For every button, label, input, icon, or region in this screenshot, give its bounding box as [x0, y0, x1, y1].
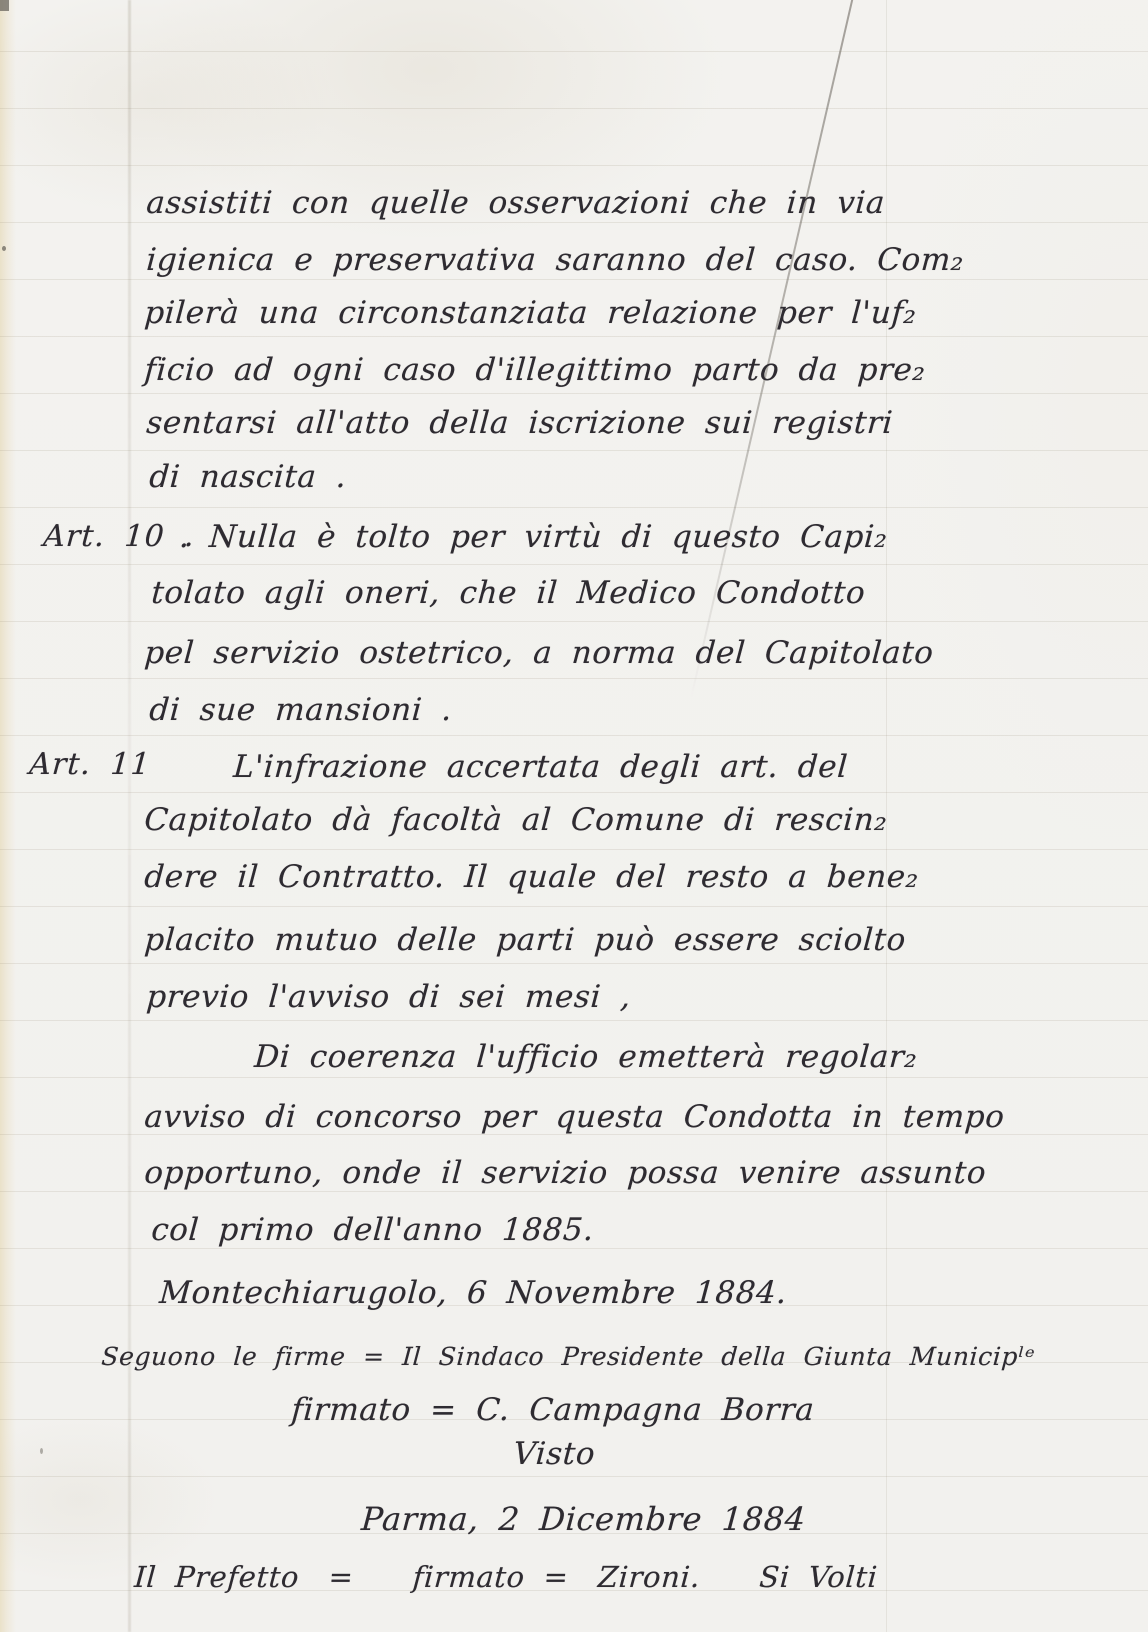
manuscript-line: tolato agli oneri, che il Medico Condott…: [150, 573, 867, 613]
manuscript-line: assistiti con quelle osservazioni che in…: [145, 183, 886, 223]
manuscript-line: Seguono le firme = Il Sindaco Presidente…: [100, 1337, 1036, 1377]
manuscript-line: Il Prefetto = firmato = Zironi. Si Volti: [133, 1557, 879, 1597]
article-number-label: Art. 11: [28, 745, 152, 785]
vertical-crease: [128, 0, 131, 1632]
manuscript-line: di sue mansioni .: [148, 690, 454, 730]
manuscript-line: placito mutuo delle parti può essere sci…: [143, 920, 907, 960]
article-number-label: Art. 10 .: [42, 517, 196, 557]
manuscript-line: Montechiarugolo, 6 Novembre 1884.: [158, 1273, 788, 1313]
manuscript-line: ficio ad ogni caso d'illegittimo parto d…: [143, 350, 927, 390]
manuscript-line: firmato = C. Campagna Borra: [290, 1390, 816, 1430]
paper-speck: [40, 1448, 43, 1454]
manuscript-line: Visto: [512, 1434, 597, 1474]
manuscript-line: sentarsi all'atto della iscrizione sui r…: [145, 403, 894, 443]
manuscript-line: pilerà una circonstanziata relazione per…: [143, 293, 918, 333]
manuscript-page: Art. 10 .Art. 11 assistiti con quelle os…: [0, 0, 1148, 1632]
paper-speck: [2, 246, 6, 251]
manuscript-line: . Nulla è tolto per virtù di questo Capi…: [178, 517, 889, 557]
manuscript-line: col primo dell'anno 1885.: [150, 1210, 595, 1250]
manuscript-line: avviso di concorso per questa Condotta i…: [143, 1097, 1006, 1137]
manuscript-line: pel servizio ostetrico, a norma del Capi…: [143, 633, 935, 673]
manuscript-line: dere il Contratto. Il quale del resto a …: [143, 857, 920, 897]
manuscript-line: Di coerenza l'ufficio emetterà regolar₂: [253, 1037, 919, 1077]
manuscript-line: igienica e preservativa saranno del caso…: [145, 240, 965, 280]
manuscript-line: opportuno, onde il servizio possa venire…: [143, 1153, 988, 1193]
manuscript-line: Parma, 2 Dicembre 1884: [360, 1499, 807, 1539]
manuscript-line: di nascita .: [148, 457, 348, 497]
manuscript-line: Capitolato dà facoltà al Comune di resci…: [143, 800, 889, 840]
manuscript-line: L'infrazione accertata degli art. del: [232, 747, 849, 787]
paper-speck: [0, 0, 9, 11]
manuscript-line: previo l'avviso di sei mesi ,: [145, 977, 632, 1017]
